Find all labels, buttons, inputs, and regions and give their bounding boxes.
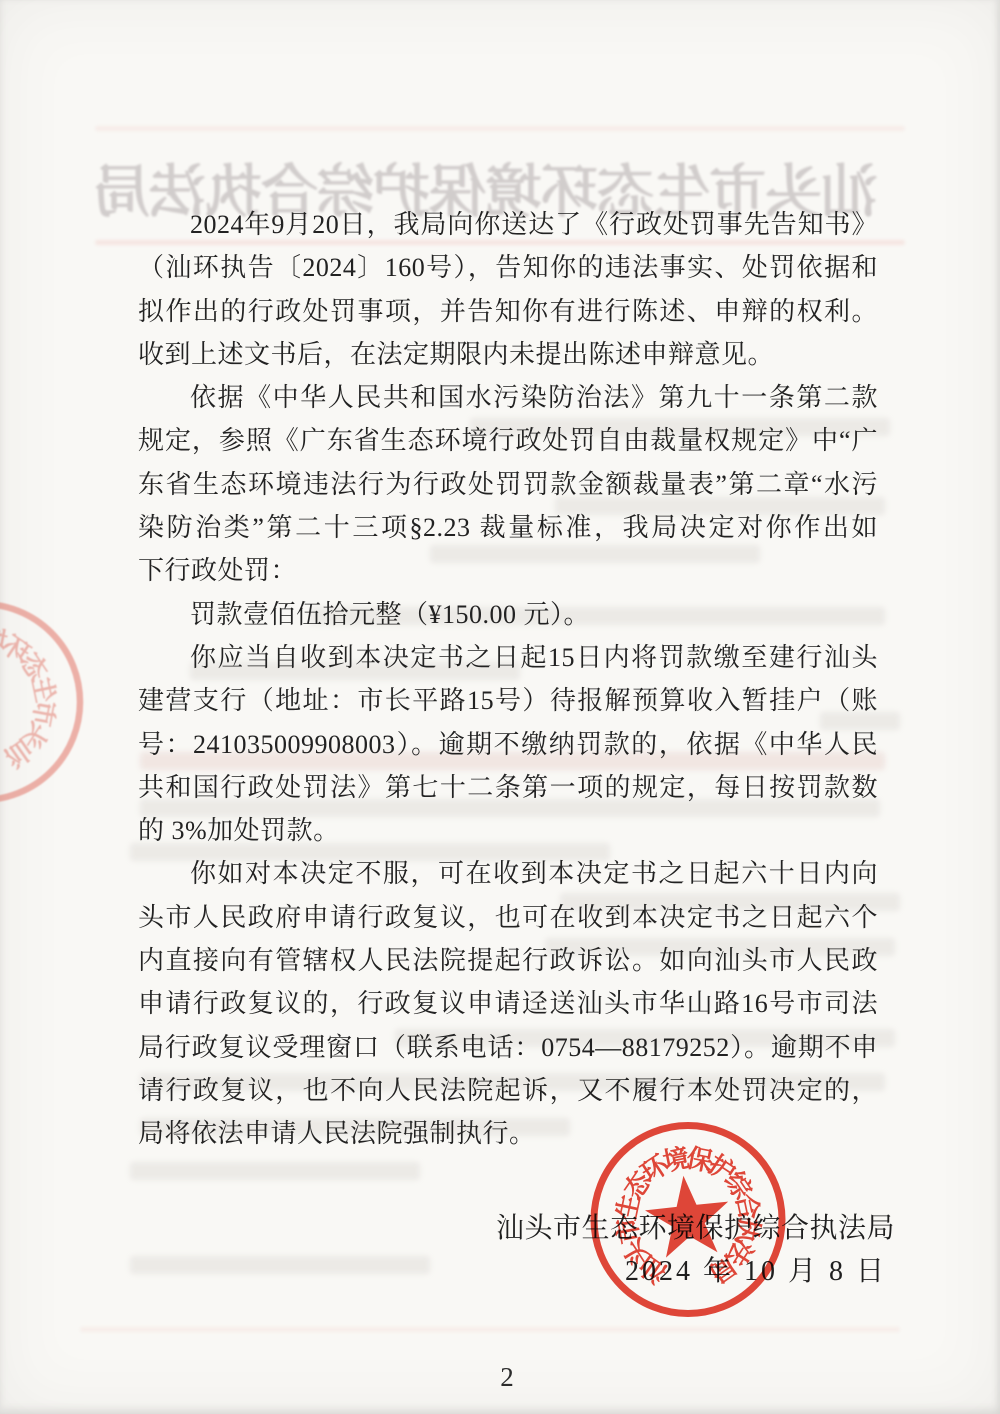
bleedthrough-seal: 汕 头 市 生 态 环 境 保 护 综 合 执 法 局	[0, 596, 88, 810]
page-number: 2	[0, 1362, 1000, 1393]
issuer-name: 汕头市生态环境保护综合执法局	[138, 1206, 895, 1246]
svg-text:市: 市	[27, 698, 60, 729]
svg-text:汕: 汕	[0, 734, 37, 773]
body-line: 2024年9月20日，我局向你送达了《行政处罚事先告知书》	[138, 203, 878, 246]
body-line: 头市人民政府申请行政复议，也可在收到本决定书之日起六个月	[138, 896, 878, 939]
svg-text:头: 头	[15, 716, 54, 754]
body-line: 拟作出的行政处罚事项，并告知你有进行陈述、申辩的权利。你	[138, 290, 878, 333]
bleedthrough-seal-graphic: 汕 头 市 生 态 环 境 保 护 综 合 执 法 局	[0, 596, 88, 808]
body-line: 局行政复议受理窗口（联系电话：0754—88179252）。逾期不申	[138, 1026, 878, 1069]
body-line: 染防治类”第二十三项§2.23 裁量标准，我局决定对你作出如	[138, 506, 878, 549]
body-line: 你应当自收到本决定书之日起15日内将罚款缴至建行汕头	[138, 636, 878, 679]
bleedthrough-seal-ring	[0, 604, 80, 800]
svg-text:态: 态	[619, 1166, 658, 1205]
body-line: 共和国行政处罚法》第七十二条第一项的规定，每日按罚款数额	[138, 766, 878, 809]
body-line: 局将依法申请人民法院强制执行。	[138, 1112, 878, 1155]
body-line: 你如对本决定不服，可在收到本决定书之日起六十日内向汕	[138, 852, 878, 895]
svg-text:态: 态	[14, 647, 53, 686]
svg-text:环: 环	[0, 630, 35, 669]
body-line: 依据《中华人民共和国水污染防治法》第九十一条第二款的	[138, 376, 878, 419]
body-line: 收到上述文书后，在法定期限内未提出陈述申辩意见。	[138, 333, 878, 376]
body-line: 号：241035009908003）。逾期不缴纳罚款的，依据《中华人民	[138, 723, 878, 766]
body-line: 东省生态环境违法行为行政处罚罚款金额裁量表”第二章“水污	[138, 463, 878, 506]
body-line: 建营支行（地址：市长平路15号）待报解预算收入暂挂户（账	[138, 679, 878, 722]
body-line: 规定，参照《广东省生态环境行政处罚自由裁量权规定》中“广	[138, 419, 878, 462]
body-line: 申请行政复议的，行政复议申请迳送汕头市华山路16号市司法	[138, 982, 878, 1025]
body-line: 下行政处罚：	[138, 549, 878, 592]
bleedthrough-artifact	[95, 126, 905, 131]
body-line: 请行政复议，也不向人民法院起诉，又不履行本处罚决定的，我	[138, 1069, 878, 1112]
bleedthrough-artifact	[80, 1327, 900, 1332]
svg-text:综: 综	[719, 1166, 759, 1205]
body-line: 的 3%加处罚款。	[138, 809, 878, 852]
svg-text:境: 境	[0, 623, 10, 657]
body-line: 内直接向有管辖权人民法院提起行政诉讼。如向汕头市人民政府	[138, 939, 878, 982]
scanned-document-page: 汕头市生态环境保护综合执法局 汕 头 市 生 态 环 境	[0, 0, 1000, 1414]
document-body: 2024年9月20日，我局向你送达了《行政处罚事先告知书》 （汕环执告〔2024…	[138, 203, 878, 1156]
body-line: （汕环执告〔2024〕160号），告知你的违法事实、处罚依据和	[138, 246, 878, 289]
body-line: 罚款壹佰伍拾元整（¥150.00 元）。	[138, 593, 878, 636]
svg-text:生: 生	[26, 673, 60, 704]
issue-date: 2024 年 10 月 8 日	[138, 1249, 887, 1289]
bleedthrough-artifact	[130, 1162, 420, 1180]
